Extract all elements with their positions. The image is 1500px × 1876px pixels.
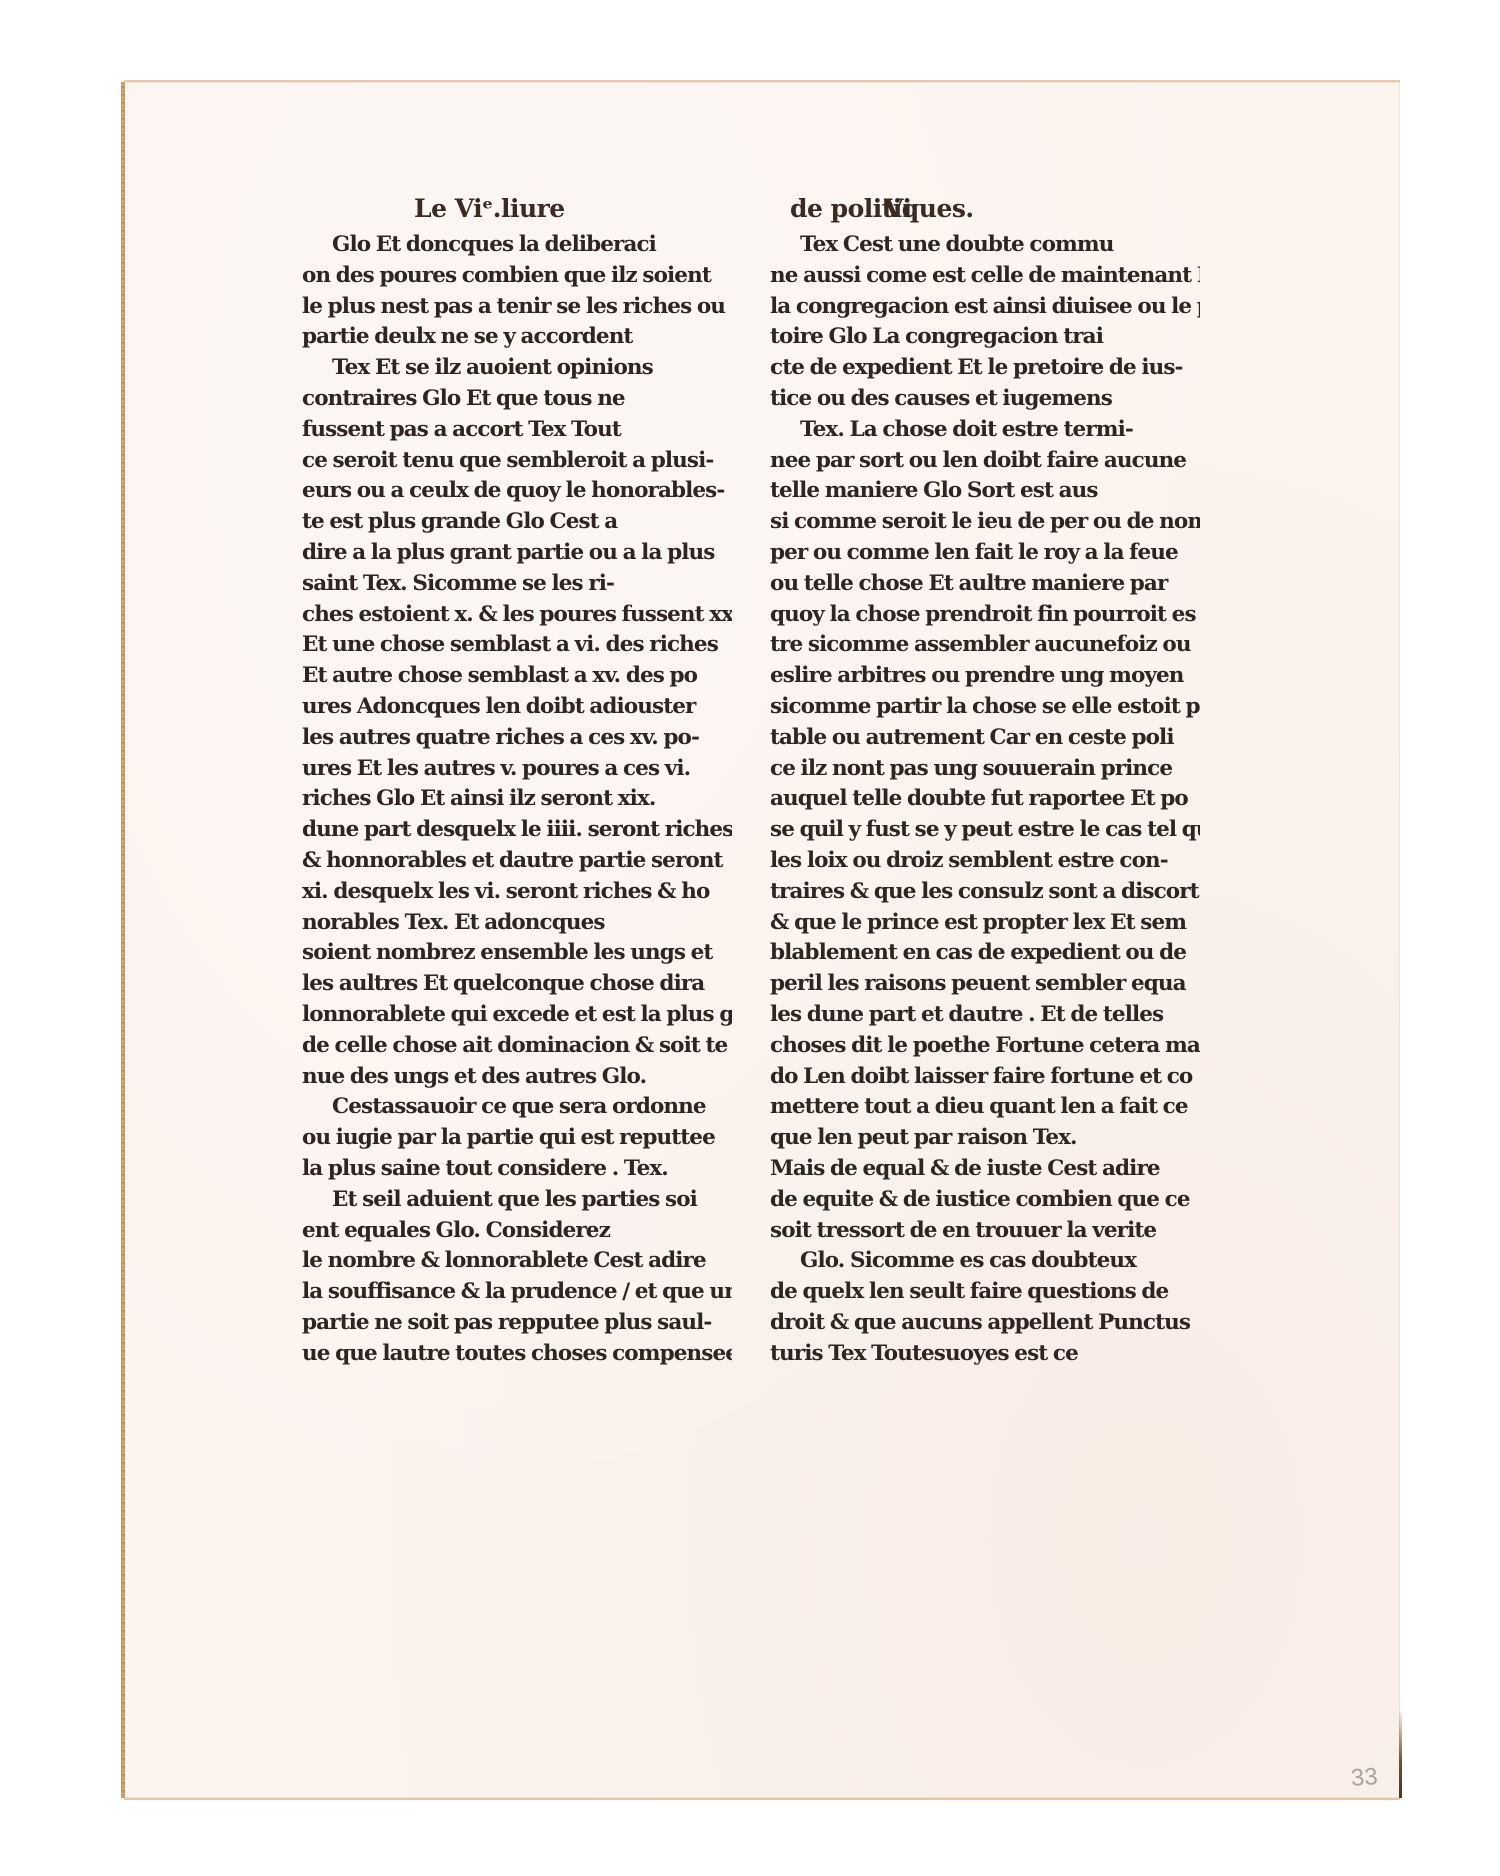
text-line: eurs ou a ceulx de quoy le honorables- [302,476,732,507]
text-line: ne aussi come est celle de maintenant Et… [770,261,1200,292]
text-line: se quil y fust se y peut estre le cas te… [770,815,1200,846]
text-line: table ou autrement Car en ceste poli [770,723,1200,754]
page-edge-foxing-left [121,82,125,1798]
text-line: les loix ou droiz semblent estre con- [770,846,1200,877]
folio-number: Vi [884,194,911,223]
text-line: contraires Glo Et que tous ne [302,384,732,415]
text-line: les autres quatre riches a ces xv. po- [302,723,732,754]
running-head-left: Le Viᵉ.liure [414,194,565,223]
text-line: Glo Et doncques la deliberaci [302,230,732,261]
text-column-left: Glo Et doncques la deliberacion des pour… [302,230,732,1369]
text-line: dune part desquelx le iiii. seront riche… [302,815,732,846]
text-line: Tex Cest une doubte commu [770,230,1200,261]
text-line: nee par sort ou len doibt faire aucune [770,446,1200,477]
text-line: Mais de equal & de iuste Cest adire [770,1154,1200,1185]
text-line: norables Tex. Et adoncques [302,908,732,939]
text-line: de celle chose ait dominacion & soit te [302,1031,732,1062]
text-line: ures Et les autres v. poures a ces vi. [302,754,732,785]
text-line: Cestassauoir ce que sera ordonne [302,1092,732,1123]
text-line: Glo. Sicomme es cas doubteux [770,1246,1200,1277]
text-line: soient nombrez ensemble les ungs et [302,938,732,969]
text-line: Et seil aduient que les parties soi [302,1185,732,1216]
text-line: le plus nest pas a tenir se les riches o… [302,292,732,323]
text-line: riches Glo Et ainsi ilz seront xix. [302,784,732,815]
page-edge-stain-right [1399,1708,1402,1798]
text-line: les dune part et dautre . Et de telles [770,1000,1200,1031]
text-line: tice ou des causes et iugemens [770,384,1200,415]
text-line: la souffisance & la prudence / et que un… [302,1277,732,1308]
text-line: de equite & de iustice combien que ce [770,1185,1200,1216]
text-line: Et une chose semblast a vi. des riches [302,630,732,661]
text-line: ches estoient x. & les poures fussent xx [302,600,732,631]
text-line: & que le prince est propter lex Et sem [770,908,1200,939]
text-line: on des poures combien que ilz soient [302,261,732,292]
text-line: la plus saine tout considere . Tex. [302,1154,732,1185]
text-line: auquel telle doubte fut raportee Et po [770,784,1200,815]
text-line: per ou comme len fait le roy a la feue [770,538,1200,569]
text-line: Et autre chose semblast a xv. des po [302,661,732,692]
text-line: partie deulx ne se y accordent [302,322,732,353]
text-line: ce seroit tenu que sembleroit a plusi- [302,446,732,477]
book-page: Le Viᵉ.liure de politiques. Vi Glo Et do… [124,80,1400,1800]
text-line: peril les raisons peuent sembler equa [770,969,1200,1000]
text-line: la congregacion est ainsi diuisee ou le … [770,292,1200,323]
text-line: si comme seroit le ieu de per ou de nom [770,507,1200,538]
text-line: que len peut par raison Tex. [770,1123,1200,1154]
text-line: le nombre & lonnorablete Cest adire [302,1246,732,1277]
text-line: ent equales Glo. Considerez [302,1216,732,1247]
text-line: saint Tex. Sicomme se les ri- [302,569,732,600]
text-line: quoy la chose prendroit fin pourroit es [770,600,1200,631]
pencil-folio-mark: 33 [1350,1763,1379,1793]
text-line: Tex. La chose doit estre termi- [770,415,1200,446]
text-line: tre sicomme assembler aucunefoiz ou [770,630,1200,661]
text-line: partie ne soit pas repputee plus saul- [302,1308,732,1339]
text-line: do Len doibt laisser faire fortune et co [770,1062,1200,1093]
text-column-right: Tex Cest une doubte commune aussi come e… [770,230,1200,1369]
text-line: ou iugie par la partie qui est reputtee [302,1123,732,1154]
text-line: soit tressort de en trouuer la verite [770,1216,1200,1247]
text-line: droit & que aucuns appellent Punctus [770,1308,1200,1339]
text-line: traires & que les consulz sont a discort [770,877,1200,908]
text-line: cte de expedient Et le pretoire de ius- [770,353,1200,384]
text-line: de quelx len seult faire questions de [770,1277,1200,1308]
text-line: dire a la plus grant partie ou a la plus [302,538,732,569]
text-line: choses dit le poethe Fortune cetera man [770,1031,1200,1062]
text-line: te est plus grande Glo Cest a [302,507,732,538]
text-line: turis Tex Toutesuoyes est ce [770,1339,1200,1370]
text-line: telle maniere Glo Sort est aus [770,476,1200,507]
text-line: xi. desquelx les vi. seront riches & ho [302,877,732,908]
text-line: toire Glo La congregacion trai [770,322,1200,353]
text-line: Tex Et se ilz auoient opinions [302,353,732,384]
text-line: mettere tout a dieu quant len a fait ce [770,1092,1200,1123]
text-line: nue des ungs et des autres Glo. [302,1062,732,1093]
text-line: ures Adoncques len doibt adiouster [302,692,732,723]
text-line: blablement en cas de expedient ou de [770,938,1200,969]
text-line: ce ilz nont pas ung souuerain prince [770,754,1200,785]
text-line: lonnorablete qui excede et est la plus g… [302,1000,732,1031]
text-line: ue que lautre toutes choses compensees [302,1339,732,1370]
text-line: fussent pas a accort Tex Tout [302,415,732,446]
text-line: & honnorables et dautre partie seront [302,846,732,877]
text-line: eslire arbitres ou prendre ung moyen [770,661,1200,692]
text-line: ou telle chose Et aultre maniere par [770,569,1200,600]
text-line: sicomme partir la chose se elle estoit p… [770,692,1200,723]
text-line: les aultres Et quelconque chose dira [302,969,732,1000]
running-head-center: de politiques. [790,194,974,223]
